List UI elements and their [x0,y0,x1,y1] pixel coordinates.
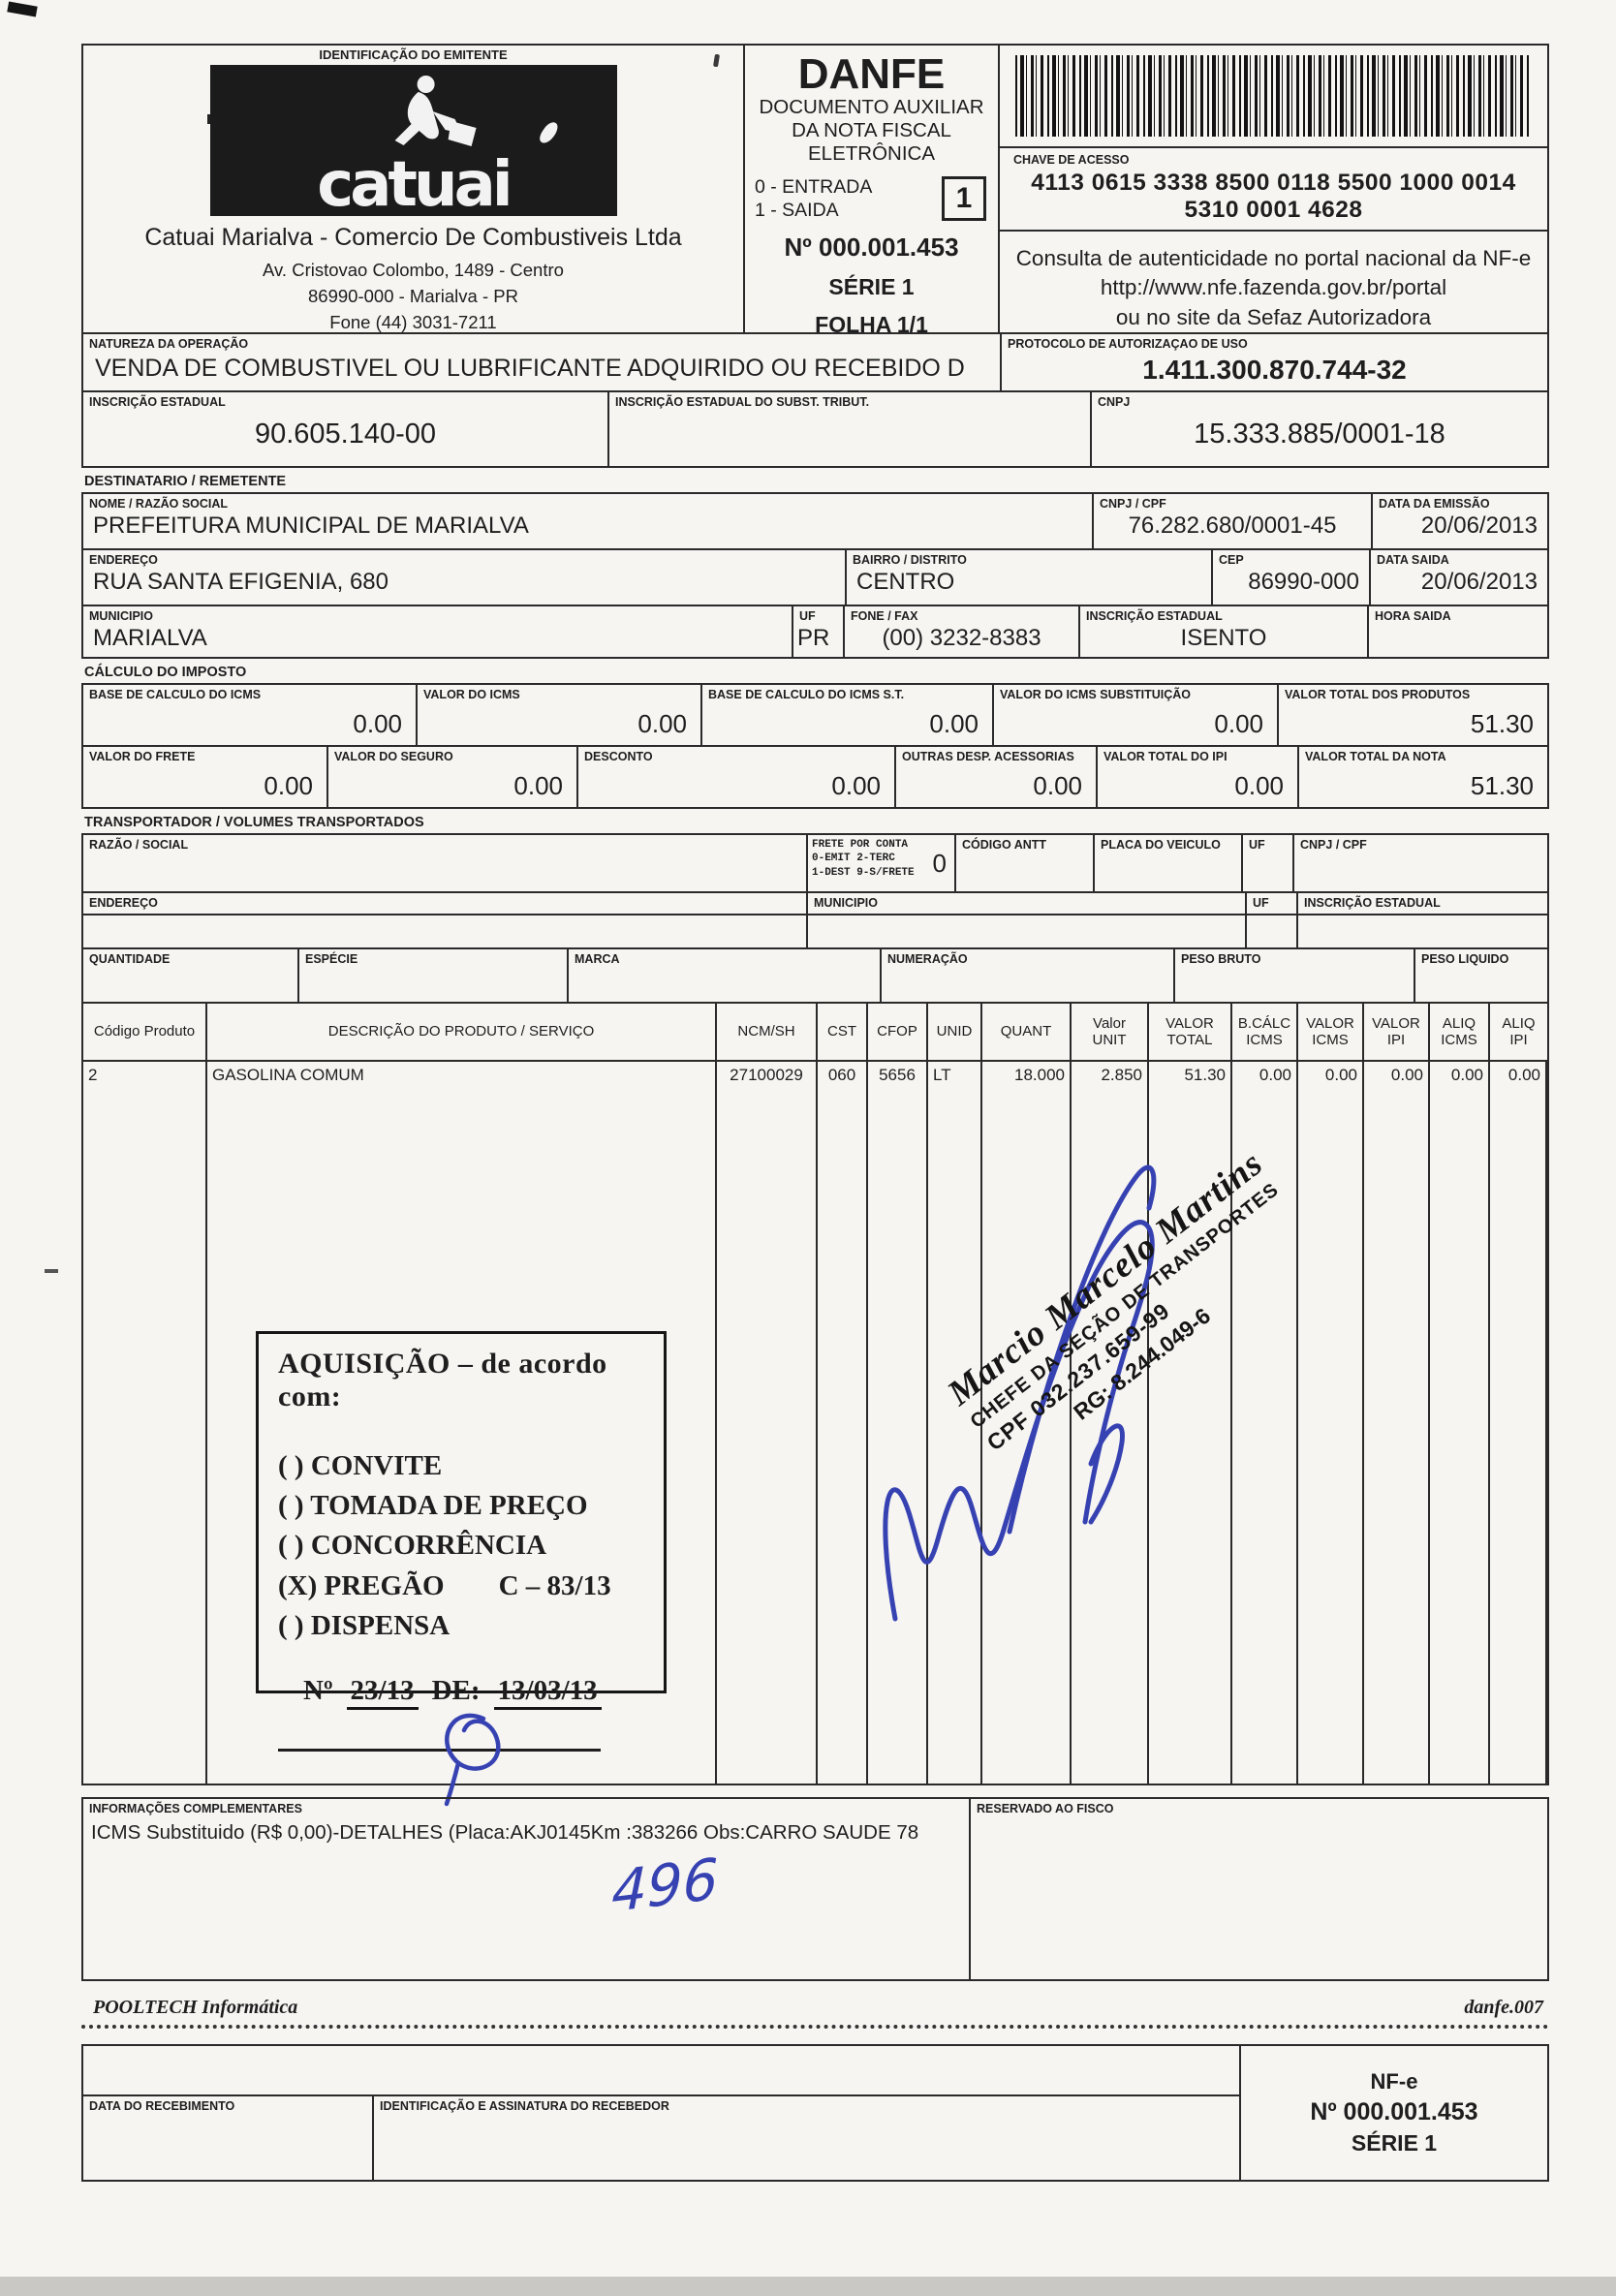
chave-acesso-label: CHAVE DE ACESSO [1008,150,1539,167]
col-aliq-ipi-header: ALIQ IPI [1490,1004,1547,1062]
emitter-box: IDENTIFICAÇÃO DO EMITENTE catuai Catuai … [81,44,745,334]
data-recebimento-cell: DATA DO RECEBIMENTO [83,2096,374,2180]
opcao-convite: ( ) CONVITE [278,1446,644,1486]
col-codigo-header: Código Produto [83,1004,207,1062]
hora-saida-label: HORA SAIDA [1369,606,1547,623]
frete-conta-line3: 1-DEST 9-S/FRETE [812,866,950,880]
valor-frete-value: 0.00 [83,763,326,801]
col-valor-icms-header: VALOR ICMS [1298,1004,1364,1062]
peso-bruto-value [1175,966,1414,972]
entrada-option: 0 - ENTRADA [755,175,872,199]
danfe-subtitle: DOCUMENTO AUXILIAR DA NOTA FISCAL ELETRÔ… [755,96,988,167]
numero-value: 23/13 [347,1675,419,1710]
natureza-value: VENDA DE COMBUSTIVEL OU LUBRIFICANTE ADQ… [83,351,1000,387]
razao-transportador-value [83,852,806,857]
data-saida-label: DATA SAIDA [1371,550,1547,567]
scan-speck [45,1269,58,1273]
especie-label: ESPÉCIE [299,949,567,966]
valor-seguro-value: 0.00 [328,763,576,801]
emitter-address-line1: Av. Cristovao Colombo, 1489 - Centro [83,258,743,284]
inscricao-estadual-label: INSCRIÇÃO ESTADUAL [83,392,607,409]
base-icms-label: BASE DE CALCULO DO ICMS [83,685,416,701]
peso-bruto-label: PESO BRUTO [1175,949,1414,966]
marca-value [569,966,880,972]
canhoto-esquerda: DATA DO RECEBIMENTO IDENTIFICAÇÃO E ASSI… [83,2046,1239,2180]
valor-ipi-cell: VALOR TOTAL DO IPI 0.00 [1096,745,1299,809]
municipio-transportador-value [808,915,1245,921]
inscricoes-row: INSCRIÇÃO ESTADUAL 90.605.140-00 INSCRIÇ… [81,390,1549,468]
uf2-transportador-label: UF [1247,893,1296,914]
valor-seguro-cell: VALOR DO SEGURO 0.00 [326,745,578,809]
valor-ipi-label: VALOR TOTAL DO IPI [1098,747,1297,763]
ie-destinatario-cell: INSCRIÇÃO ESTADUAL ISENTO [1078,605,1369,659]
reservado-fisco-cell: RESERVADO AO FISCO [969,1797,1549,1981]
col-descricao-header: DESCRIÇÃO DO PRODUTO / SERVIÇO [207,1004,717,1062]
coffee-picker-icon [365,73,491,146]
col-valor-total-header: VALOR TOTAL [1149,1004,1232,1062]
frete-conta-value: 0 [933,849,947,879]
outras-despesas-label: OUTRAS DESP. ACESSORIAS [896,747,1096,763]
cnpj-destinatario-label: CNPJ / CPF [1094,494,1371,511]
razao-social-label: NOME / RAZÃO SOCIAL [83,494,1092,511]
produtos-table: Código Produto DESCRIÇÃO DO PRODUTO / SE… [81,1002,1549,1785]
valor-ipi-value: 0.00 [1098,763,1297,801]
rodape-software: POOLTECH Informática [93,1997,297,2019]
tipo-operacao-box: 1 [942,176,986,221]
emitter-name: Catuai Marialva - Comercio De Combustive… [83,224,743,252]
data-recebimento-label: DATA DO RECEBIMENTO [83,2096,372,2113]
uf2-transportador-value [1247,915,1296,921]
canhoto-nfe-titulo: NF-e [1371,2069,1418,2094]
opcao-pregao-row: (X) PREGÃO C – 83/13 [278,1567,644,1606]
valor-icms-subst-label: VALOR DO ICMS SUBSTITUIÇÃO [994,685,1277,701]
numeracao-cell: NUMERAÇÃO [880,947,1175,1004]
cnpj-emitente-label: CNPJ [1092,392,1547,409]
emitter-logo: catuai [210,65,617,216]
rodape-danfe-ref: danfe.007 [1464,1997,1543,2019]
frete-conta-line1: FRETE POR CONTA [812,838,950,852]
produtos-body: 2 GASOLINA COMUM 27100029 060 5656 LT 18… [83,1062,1547,1784]
base-icms-cell: BASE DE CALCULO DO ICMS 0.00 [81,683,418,747]
cnpj-destinatario-value: 76.282.680/0001-45 [1094,511,1371,543]
numeracao-label: NUMERAÇÃO [882,949,1173,966]
col-base-calc-header: B.CÁLC ICMS [1232,1004,1298,1062]
emitter-section-label: IDENTIFICAÇÃO DO EMITENTE [83,46,743,63]
valor-produtos-cell: VALOR TOTAL DOS PRODUTOS 51.30 [1277,683,1549,747]
municipio-label: MUNICIPIO [83,606,792,623]
aquisicao-title: AQUISIÇÃO – de acordo com: [278,1348,644,1413]
natureza-operacao-cell: NATUREZA DA OPERAÇÃO VENDA DE COMBUSTIVE… [81,332,1002,392]
col-quant-header: QUANT [982,1004,1072,1062]
opcao-dispensa: ( ) DISPENSA [278,1606,644,1646]
col-ncm-header: NCM/SH [717,1004,818,1062]
rubrica-azul-icon [423,1701,530,1808]
barcode [1015,55,1532,137]
bairro-value: CENTRO [847,567,1211,600]
canhoto-area-livre [83,2046,1239,2096]
imposto-section-label: CÁLCULO DO IMPOSTO [81,659,1549,683]
desconto-cell: DESCONTO 0.00 [576,745,896,809]
uf-transportador-value [1243,852,1292,857]
desconto-value: 0.00 [578,763,894,801]
produto-ncm: 27100029 [717,1062,818,1784]
scan-edge-bar [0,2277,1616,2296]
destinatario-section-label: DESTINATARIO / REMETENTE [81,468,1549,492]
razao-transportador-label: RAZÃO / SOCIAL [83,835,806,852]
base-icms-st-value: 0.00 [702,701,992,739]
consulta-autenticidade: Consulta de autenticidade no portal naci… [1000,232,1547,332]
produto-valor-ipi: 0.00 [1364,1062,1430,1784]
numero-label: Nº [303,1675,333,1710]
transportador-row3: QUANTIDADE ESPÉCIE MARCA NUMERAÇÃO PESO … [81,947,1549,1004]
destinatario-row2: ENDEREÇO RUA SANTA EFIGENIA, 680 BAIRRO … [81,548,1549,606]
valor-produtos-value: 51.30 [1279,701,1547,739]
entrada-saida-row: 0 - ENTRADA 1 - SAIDA 1 [755,175,988,223]
cnpj-transportador-label: CNPJ / CPF [1294,835,1547,852]
razao-transportador-cell: RAZÃO / SOCIAL [81,833,808,893]
col-cst-header: CST [818,1004,868,1062]
rodape: POOLTECH Informática danfe.007 [81,1981,1549,2023]
endereco-transportador-label: ENDEREÇO [83,893,806,914]
inscricao-subst-cell: INSCRIÇÃO ESTADUAL DO SUBST. TRIBUT. [607,390,1092,468]
bairro-label: BAIRRO / DISTRITO [847,550,1211,567]
destinatario-row1: NOME / RAZÃO SOCIAL PREFEITURA MUNICIPAL… [81,492,1549,550]
emitter-address-line2: 86990-000 - Marialva - PR [83,284,743,310]
emitter-address: Av. Cristovao Colombo, 1489 - Centro 869… [83,258,743,335]
nota-numero: Nº 000.001.453 [755,233,988,263]
nota-serie: SÉRIE 1 [755,274,988,300]
valor-icms-subst-cell: VALOR DO ICMS SUBSTITUIÇÃO 0.00 [992,683,1279,747]
codigo-antt-value [956,852,1093,857]
base-icms-value: 0.00 [83,701,416,739]
assinatura-linha [278,1749,601,1752]
razao-social-cell: NOME / RAZÃO SOCIAL PREFEITURA MUNICIPAL… [81,492,1094,550]
col-aliq-icms-header: ALIQ ICMS [1430,1004,1490,1062]
pregao-numero: C – 83/13 [499,1567,611,1606]
frete-conta-cell: FRETE POR CONTA 0-EMIT 2-TERC 1-DEST 9-S… [806,833,956,893]
marca-cell: MARCA [567,947,882,1004]
placa-veiculo-label: PLACA DO VEICULO [1095,835,1241,852]
cep-cell: CEP 86990-000 [1211,548,1371,606]
natureza-label: NATUREZA DA OPERAÇÃO [83,334,1000,351]
cnpj-emitente-cell: CNPJ 15.333.885/0001-18 [1090,390,1549,468]
peso-bruto-cell: PESO BRUTO [1173,947,1415,1004]
endereco-cell: ENDEREÇO RUA SANTA EFIGENIA, 680 [81,548,847,606]
imposto-row2: VALOR DO FRETE 0.00 VALOR DO SEGURO 0.00… [81,745,1549,809]
endereco-transportador-cell: ENDEREÇO [81,891,808,949]
outras-despesas-cell: OUTRAS DESP. ACESSORIAS 0.00 [894,745,1098,809]
municipio-value: MARIALVA [83,623,792,656]
valor-frete-cell: VALOR DO FRETE 0.00 [81,745,328,809]
opcao-tomada-preco: ( ) TOMADA DE PREÇO [278,1486,644,1526]
quantidade-value [83,966,297,972]
valor-nota-label: VALOR TOTAL DA NOTA [1299,747,1547,763]
hora-saida-cell: HORA SAIDA [1367,605,1549,659]
peso-liquido-cell: PESO LIQUIDO [1414,947,1549,1004]
danfe-subtitle-line3: ELETRÔNICA [755,142,988,166]
inscricao-estadual-value: 90.605.140-00 [83,419,607,450]
valor-icms-value: 0.00 [418,701,700,739]
aquisicao-stamp-box: AQUISIÇÃO – de acordo com: ( ) CONVITE (… [256,1331,667,1693]
col-valor-unit-header: Valor UNIT [1072,1004,1149,1062]
ie-transportador-label: INSCRIÇÃO ESTADUAL [1298,893,1547,914]
destinatario-row3: MUNICIPIO MARIALVA UF PR FONE / FAX (00)… [81,605,1549,659]
marca-label: MARCA [569,949,880,966]
consulta-line1: Consulta de autenticidade no portal naci… [1000,244,1547,273]
uf-transportador-label: UF [1243,835,1292,852]
imposto-row1: BASE DE CALCULO DO ICMS 0.00 VALOR DO IC… [81,683,1549,747]
peso-liquido-value [1415,966,1547,972]
razao-social-value: PREFEITURA MUNICIPAL DE MARIALVA [83,511,1092,543]
desconto-label: DESCONTO [578,747,894,763]
valor-icms-subst-value: 0.00 [994,701,1277,739]
natureza-row: NATUREZA DA OPERAÇÃO VENDA DE COMBUSTIVE… [81,332,1549,392]
opcao-concorrencia: ( ) CONCORRÊNCIA [278,1526,644,1566]
barcode-area [1000,46,1547,148]
endereco-value: RUA SANTA EFIGENIA, 680 [83,567,845,600]
valor-produtos-label: VALOR TOTAL DOS PRODUTOS [1279,685,1547,701]
placa-veiculo-value [1095,852,1241,857]
informacoes-complementares-texto: ICMS Substituido (R$ 0,00)-DETALHES (Pla… [83,1815,969,1850]
inscricao-estadual-cell: INSCRIÇÃO ESTADUAL 90.605.140-00 [81,390,609,468]
header-block: IDENTIFICAÇÃO DO EMITENTE catuai Catuai … [81,44,1549,334]
data-emissao-value: 20/06/2013 [1373,511,1547,543]
danfe-title-box: DANFE DOCUMENTO AUXILIAR DA NOTA FISCAL … [743,44,1000,334]
assinatura-recebedor-cell: IDENTIFICAÇÃO E ASSINATURA DO RECEBEDOR [374,2096,1239,2180]
cnpj-emitente-value: 15.333.885/0001-18 [1092,419,1547,450]
transportador-row2: ENDEREÇO MUNICIPIO UF INSCRIÇÃO ESTADUAL [81,891,1549,949]
chave-acesso-value: 4113 0615 3338 8500 0118 5500 1000 0014 … [1008,170,1539,224]
valor-nota-value: 51.30 [1299,763,1547,801]
cep-value: 86990-000 [1213,567,1369,600]
cnpj-transportador-value [1294,852,1547,857]
consulta-line3: ou no site da Sefaz Autorizadora [1000,303,1547,332]
data-emissao-cell: DATA DA EMISSÃO 20/06/2013 [1371,492,1549,550]
danfe-subtitle-line2: DA NOTA FISCAL [755,119,988,142]
ie-destinatario-value: ISENTO [1080,623,1367,656]
fone-label: FONE / FAX [845,606,1078,623]
danfe-subtitle-line1: DOCUMENTO AUXILIAR [755,96,988,119]
assinatura-recebedor-label: IDENTIFICAÇÃO E ASSINATURA DO RECEBEDOR [374,2096,1239,2113]
danfe-document: IDENTIFICAÇÃO DO EMITENTE catuai Catuai … [81,44,1549,2182]
produtos-header-row: Código Produto DESCRIÇÃO DO PRODUTO / SE… [83,1004,1547,1062]
saida-option: 1 - SAIDA [755,199,872,222]
chave-acesso-box: CHAVE DE ACESSO 4113 0615 3338 8500 0118… [998,44,1549,334]
chave-acesso-cell: CHAVE DE ACESSO 4113 0615 3338 8500 0118… [1000,148,1547,232]
informacoes-complementares-row: INFORMAÇÕES COMPLEMENTARES ICMS Substitu… [81,1797,1549,1981]
produto-codigo: 2 [83,1062,207,1784]
consulta-url: http://www.nfe.fazenda.gov.br/portal [1000,273,1547,302]
informacoes-complementares-label: INFORMAÇÕES COMPLEMENTARES [83,1799,969,1815]
uf-cell: UF PR [792,605,845,659]
uf2-transportador-cell: UF [1245,891,1298,949]
canhoto-nfe-serie: SÉRIE 1 [1352,2130,1437,2156]
municipio-cell: MUNICIPIO MARIALVA [81,605,793,659]
protocolo-value: 1.411.300.870.744-32 [1002,355,1547,386]
ie-transportador-cell: INSCRIÇÃO ESTADUAL [1296,891,1549,949]
numeracao-value [882,966,1173,972]
fone-cell: FONE / FAX (00) 3232-8383 [843,605,1080,659]
especie-value [299,966,567,972]
entrada-saida-legend: 0 - ENTRADA 1 - SAIDA [755,175,872,223]
transportador-row1: RAZÃO / SOCIAL FRETE POR CONTA 0-EMIT 2-… [81,833,1549,893]
linha-picote [81,2025,1549,2029]
fone-value: (00) 3232-8383 [845,623,1078,656]
valor-icms-cell: VALOR DO ICMS 0.00 [416,683,702,747]
uf-label: UF [793,606,843,623]
outras-despesas-value: 0.00 [896,763,1096,801]
protocolo-label: PROTOCOLO DE AUTORIZAÇAO DE USO [1002,334,1547,351]
protocolo-cell: PROTOCOLO DE AUTORIZAÇAO DE USO 1.411.30… [1000,332,1549,392]
inscricao-subst-label: INSCRIÇÃO ESTADUAL DO SUBST. TRIBUT. [609,392,1090,409]
cnpj-destinatario-cell: CNPJ / CPF 76.282.680/0001-45 [1092,492,1373,550]
data-emissao-label: DATA DA EMISSÃO [1373,494,1547,511]
canhoto-campos: DATA DO RECEBIMENTO IDENTIFICAÇÃO E ASSI… [83,2096,1239,2180]
base-icms-st-cell: BASE DE CALCULO DO ICMS S.T. 0.00 [700,683,994,747]
valor-frete-label: VALOR DO FRETE [83,747,326,763]
base-icms-st-label: BASE DE CALCULO DO ICMS S.T. [702,685,992,701]
codigo-antt-cell: CÓDIGO ANTT [954,833,1095,893]
opcao-pregao: (X) PREGÃO [278,1567,445,1606]
quantidade-cell: QUANTIDADE [81,947,299,1004]
hora-saida-value [1369,623,1547,629]
reservado-fisco-label: RESERVADO AO FISCO [971,1799,1547,1815]
endereco-label: ENDEREÇO [83,550,845,567]
anotacao-manuscrita: 496 [611,1846,719,1925]
uf-transportador-cell: UF [1241,833,1294,893]
cnpj-transportador-cell: CNPJ / CPF [1292,833,1549,893]
municipio-transportador-cell: MUNICIPIO [806,891,1247,949]
valor-nota-cell: VALOR TOTAL DA NOTA 51.30 [1297,745,1549,809]
col-unid-header: UNID [928,1004,982,1062]
bairro-cell: BAIRRO / DISTRITO CENTRO [845,548,1213,606]
canhoto-nfe-box: NF-e Nº 000.001.453 SÉRIE 1 [1239,2046,1547,2180]
aquisicao-options: ( ) CONVITE ( ) TOMADA DE PREÇO ( ) CONC… [278,1446,644,1646]
peso-liquido-label: PESO LIQUIDO [1415,949,1547,966]
ie-transportador-value [1298,915,1547,921]
quantidade-label: QUANTIDADE [83,949,297,966]
municipio-transportador-label: MUNICIPIO [808,893,1245,914]
danfe-scanned-page: IDENTIFICAÇÃO DO EMITENTE catuai Catuai … [0,0,1616,2296]
transportador-section-label: TRANSPORTADOR / VOLUMES TRANSPORTADOS [81,809,1549,833]
codigo-antt-label: CÓDIGO ANTT [956,835,1093,852]
assinatura-area: Marcio Marcelo Martins CHEFE DA SEÇÃO DE… [847,1115,1321,1696]
placa-veiculo-cell: PLACA DO VEICULO [1093,833,1243,893]
produto-aliq-icms: 0.00 [1430,1062,1490,1784]
produto-aliq-ipi: 0.00 [1490,1062,1547,1784]
endereco-transportador-value [83,915,806,921]
especie-cell: ESPÉCIE [297,947,569,1004]
frete-conta-line2: 0-EMIT 2-TERC [812,852,950,865]
data-saida-cell: DATA SAIDA 20/06/2013 [1369,548,1549,606]
valor-seguro-label: VALOR DO SEGURO [328,747,576,763]
cep-label: CEP [1213,550,1369,567]
ie-destinatario-label: INSCRIÇÃO ESTADUAL [1080,606,1367,623]
canhoto-recebimento: DATA DO RECEBIMENTO IDENTIFICAÇÃO E ASSI… [81,2044,1549,2182]
col-valor-ipi-header: VALOR IPI [1364,1004,1430,1062]
canhoto-nfe-numero: Nº 000.001.453 [1310,2098,1477,2126]
danfe-title: DANFE [755,53,988,96]
scan-speck [7,1,37,16]
logo-wordmark: catuai [317,154,509,216]
uf-value: PR [793,623,843,656]
valor-icms-label: VALOR DO ICMS [418,685,700,701]
logo-leaf-icon [536,120,561,144]
data-saida-value: 20/06/2013 [1371,567,1547,600]
informacoes-complementares-cell: INFORMAÇÕES COMPLEMENTARES ICMS Substitu… [81,1797,971,1981]
col-cfop-header: CFOP [868,1004,928,1062]
